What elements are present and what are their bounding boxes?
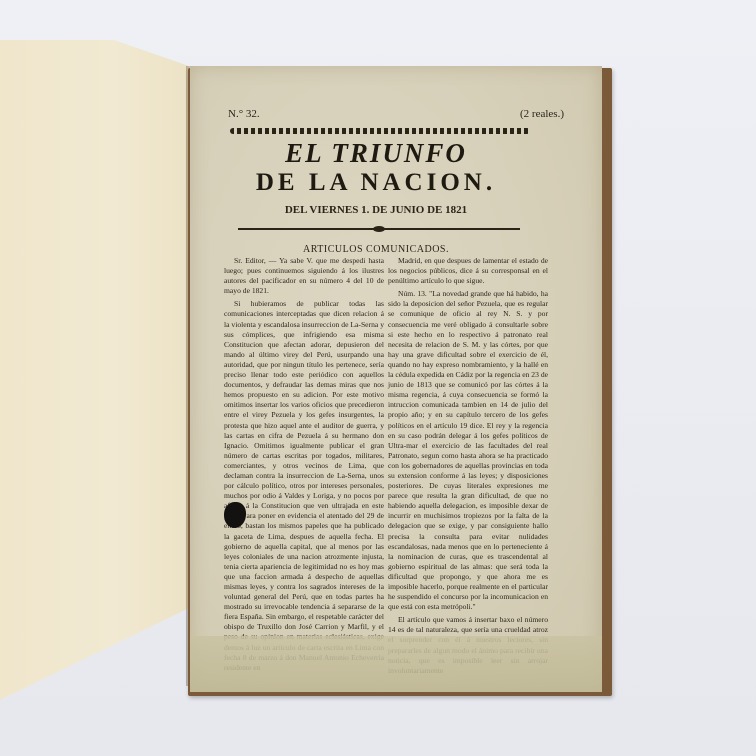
ornamental-border (230, 128, 530, 134)
paragraph: Núm. 13. "La novedad grande que há habid… (388, 289, 548, 612)
masthead-title-line2: DE LA NACION. (190, 169, 562, 197)
masthead-title-line1: EL TRIUNFO (190, 138, 562, 169)
newspaper-page: N.° 32. (2 reales.) EL TRIUNFO DE LA NAC… (190, 66, 602, 692)
section-heading: ARTICULOS COMUNICADOS. (190, 244, 562, 255)
left-blank-page (0, 40, 190, 700)
left-column: Sr. Editor, — Ya sabe V. que me despedi … (224, 256, 384, 676)
worn-page-bottom (190, 636, 602, 692)
issue-number: N.° 32. (228, 108, 260, 120)
price: (2 reales.) (520, 108, 564, 120)
dateline: DEL VIERNES 1. DE JUNIO DE 1821 (190, 204, 562, 216)
paragraph: Sr. Editor, — Ya sabe V. que me despedi … (224, 256, 384, 296)
right-column: Madrid, en que despues de lamentar el es… (388, 256, 548, 679)
paragraph: Madrid, en que despues de lamentar el es… (388, 256, 548, 286)
decorative-rule (238, 228, 520, 230)
paragraph: Si hubieramos de publicar todas las comu… (224, 299, 384, 672)
masthead-top-line: N.° 32. (2 reales.) (228, 108, 564, 120)
